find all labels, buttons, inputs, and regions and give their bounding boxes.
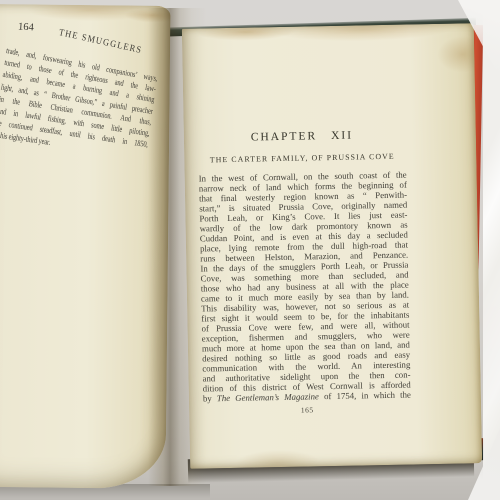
right-page-number: 165 [203, 404, 411, 417]
book-photo: 164 THE SMUGGLERS trade, and, forswearin… [0, 0, 500, 500]
chapter-subheading: THE CARTER FAMILY, OF PRUSSIA COVE [190, 151, 414, 164]
left-page-text: trade, and, forswearing his old companio… [0, 45, 159, 164]
chapter-heading: CHAPTER XII [198, 129, 406, 145]
right-page-text: In the west of Cornwall, on the south co… [199, 170, 411, 404]
body-line-suffix: of 1754, in which the [319, 390, 411, 402]
body-line-prefix: by [203, 393, 217, 403]
plastic-sleeve-edge [483, 0, 500, 500]
magazine-title: The Gentleman’s Magazine [217, 391, 319, 403]
left-page-number: 164 [18, 21, 34, 33]
right-page: CHAPTER XII THE CARTER FAMILY, OF PRUSSI… [182, 23, 482, 469]
